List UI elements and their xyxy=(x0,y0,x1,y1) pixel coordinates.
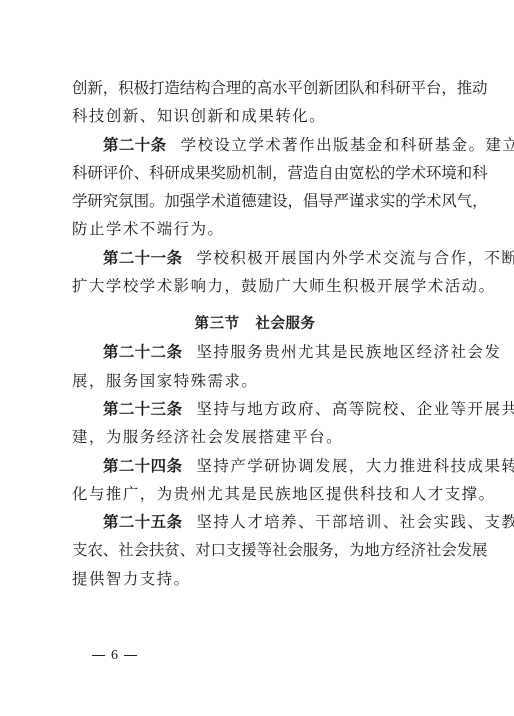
document-page: 创新，积极打造结构合理的高水平创新团队和科研平台，推动 科技创新、知识创新和成果… xyxy=(0,0,514,716)
article-text: 坚持服务贵州尤其是民族地区经济社会发 xyxy=(196,343,501,361)
article-25: 第二十五条坚持人才培养、干部培训、社会实践、支教 xyxy=(72,508,438,536)
document-body: 创新，积极打造结构合理的高水平创新团队和科研平台，推动 科技创新、知识创新和成果… xyxy=(72,74,438,593)
dash-left xyxy=(92,655,105,656)
article-text: 学校积极开展国内外学术交流与合作，不断 xyxy=(196,249,514,267)
article-text: 坚持人才培养、干部培训、社会实践、支教 xyxy=(196,513,514,531)
article-24: 第二十四条坚持产学研协调发展，大力推进科技成果转 xyxy=(72,452,438,480)
body-line: 提供智力支持。 xyxy=(72,565,438,593)
section-number: 第三节 xyxy=(195,316,240,332)
article-text: 坚持产学研协调发展，大力推进科技成果转 xyxy=(196,457,514,475)
dash-right xyxy=(124,655,137,656)
article-text: 学校设立学术著作出版基金和科研基金。建立 xyxy=(181,136,514,154)
article-label: 第二十四条 xyxy=(103,457,182,475)
article-label: 第二十条 xyxy=(103,136,167,154)
page-number-value: 6 xyxy=(111,648,118,663)
body-line: 化与推广，为贵州尤其是民族地区提供科技和人才支撑。 xyxy=(72,480,438,508)
body-line: 防止学术不端行为。 xyxy=(72,215,438,243)
body-line: 扩大学校学术影响力，鼓励广大师生积极开展学术活动。 xyxy=(72,272,438,300)
section-heading: 第三节社会服务 xyxy=(72,310,438,338)
article-label: 第二十五条 xyxy=(103,513,182,531)
page-number: 6 xyxy=(86,648,143,664)
article-label: 第二十三条 xyxy=(103,400,182,418)
body-line: 创新，积极打造结构合理的高水平创新团队和科研平台，推动 xyxy=(72,74,438,102)
body-line: 展，服务国家特殊需求。 xyxy=(72,367,438,395)
article-text: 坚持与地方政府、高等院校、企业等开展共 xyxy=(196,400,514,418)
article-22: 第二十二条坚持服务贵州尤其是民族地区经济社会发 xyxy=(72,338,438,366)
section-title: 社会服务 xyxy=(256,316,316,332)
body-line: 科研评价、科研成果奖励机制，营造自由宽松的学术环境和科 xyxy=(72,159,438,187)
body-line: 学研究氛围。加强学术道德建设，倡导严谨求实的学术风气， xyxy=(72,187,438,215)
body-line: 支农、社会扶贫、对口支援等社会服务，为地方经济社会发展 xyxy=(72,536,438,564)
article-label: 第二十一条 xyxy=(103,249,182,267)
body-line: 科技创新、知识创新和成果转化。 xyxy=(72,102,438,130)
article-23: 第二十三条坚持与地方政府、高等院校、企业等开展共 xyxy=(72,395,438,423)
article-label: 第二十二条 xyxy=(103,343,182,361)
body-line: 建，为服务经济社会发展搭建平台。 xyxy=(72,423,438,451)
article-20: 第二十条学校设立学术著作出版基金和科研基金。建立 xyxy=(72,131,438,159)
article-21: 第二十一条学校积极开展国内外学术交流与合作，不断 xyxy=(72,244,438,272)
